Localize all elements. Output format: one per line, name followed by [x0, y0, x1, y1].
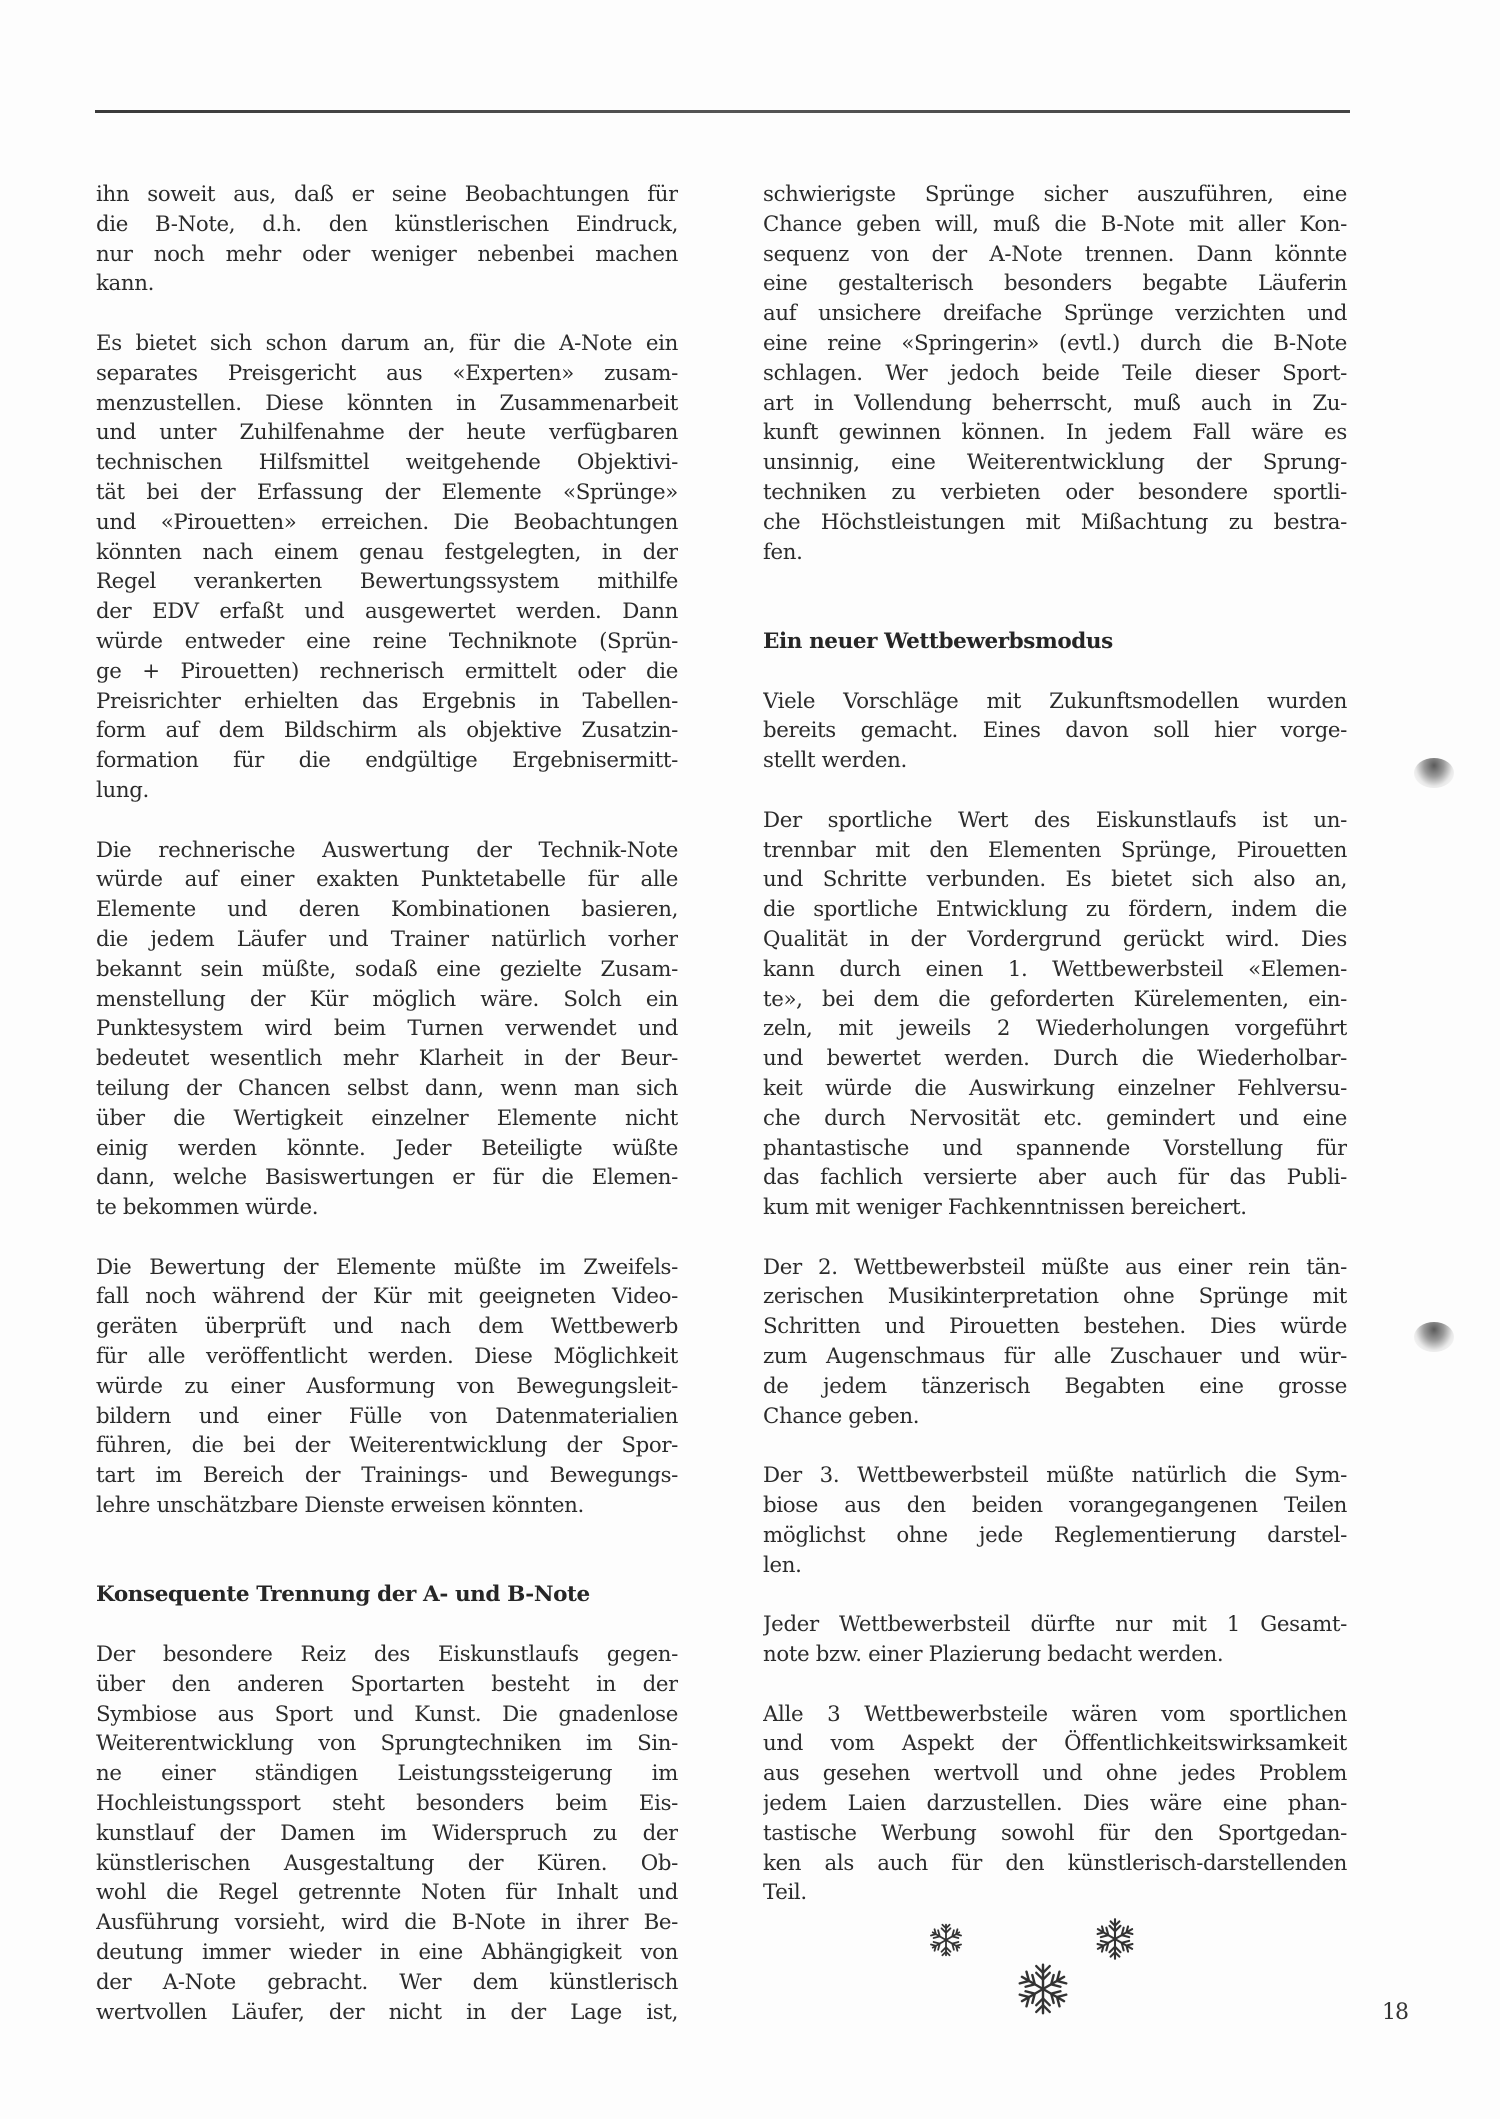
paragraph: ihn soweit aus, daß er seine Beobachtung… [96, 180, 678, 299]
text-line: fen. [763, 538, 1347, 568]
header-rule [95, 110, 1350, 113]
spacer [763, 1431, 1347, 1461]
spacer [96, 299, 678, 329]
text-line: kum mit weniger Fachkenntnissen bereiche… [763, 1193, 1347, 1223]
text-line: künstlerischen Ausgestaltung der Küren. … [96, 1849, 678, 1879]
spacer [96, 1610, 678, 1640]
punch-hole-bottom [1414, 1322, 1454, 1352]
text-line: einig werden könnte. Jeder Beteiligte wü… [96, 1134, 678, 1164]
section-heading: Konsequente Trennung der A- und B-Note [96, 1580, 678, 1610]
text-line: aus gesehen wertvoll und ohne jedes Prob… [763, 1759, 1347, 1789]
snowflake-medium-icon [1093, 1913, 1137, 1965]
text-line: de jedem tänzerisch Begabten eine grosse [763, 1372, 1347, 1402]
text-line: deutung immer wieder in eine Abhängigkei… [96, 1938, 678, 1968]
text-line: art in Vollendung beherrscht, muß auch i… [763, 389, 1347, 419]
spacer [763, 597, 1347, 627]
text-line: stellt werden. [763, 746, 1347, 776]
text-line: form auf dem Bildschirm als objektive Zu… [96, 716, 678, 746]
text-line: das fachlich versierte aber auch für das… [763, 1163, 1347, 1193]
text-line: würde entweder eine reine Techniknote (S… [96, 627, 678, 657]
text-line: kann durch einen 1. Wettbewerbsteil «Ele… [763, 955, 1347, 985]
section-heading: Ein neuer Wettbewerbsmodus [763, 627, 1347, 657]
text-line: bedeutet wesentlich mehr Klarheit in der… [96, 1044, 678, 1074]
text-line: schwierigste Sprünge sicher auszuführen,… [763, 180, 1347, 210]
text-line: Teil. [763, 1878, 1347, 1908]
text-line: Schritten und Pirouetten bestehen. Dies … [763, 1312, 1347, 1342]
spacer [96, 1551, 678, 1581]
text-line: über die Wertigkeit einzelner Elemente n… [96, 1104, 678, 1134]
text-line: die B-Note, d.h. den künstlerischen Eind… [96, 210, 678, 240]
text-line: Der besondere Reiz des Eiskunstlaufs geg… [96, 1640, 678, 1670]
punch-hole-top [1414, 758, 1454, 788]
spacer [96, 806, 678, 836]
text-line: Elemente und deren Kombinationen basiere… [96, 895, 678, 925]
text-line: führen, die bei der Weiterentwicklung de… [96, 1431, 678, 1461]
spacer [96, 1223, 678, 1253]
text-line: tastische Werbung sowohl für den Sportge… [763, 1819, 1347, 1849]
text-line: teilung der Chancen selbst dann, wenn ma… [96, 1074, 678, 1104]
page-number: 18 [1382, 2000, 1408, 2025]
paragraph: Der sportliche Wert des Eiskunstlaufs is… [763, 806, 1347, 1223]
text-line: schlagen. Wer jedoch beide Teile dieser … [763, 359, 1347, 389]
text-line: kunft gewinnen können. In jedem Fall wär… [763, 418, 1347, 448]
spacer [763, 1580, 1347, 1610]
text-line: separates Preisgericht aus «Experten» zu… [96, 359, 678, 389]
text-line: Jeder Wettbewerbsteil dürfte nur mit 1 G… [763, 1610, 1347, 1640]
text-line: bekannt sein müßte, sodaß eine gezielte … [96, 955, 678, 985]
paragraph: Alle 3 Wettbewerbsteile wären vom sportl… [763, 1700, 1347, 1909]
paragraph: Viele Vorschläge mit Zukunftsmodellen wu… [763, 687, 1347, 776]
text-line: kann. [96, 269, 678, 299]
paragraph: Die rechnerische Auswertung der Technik-… [96, 836, 678, 1223]
text-line: ge + Pirouetten) rechnerisch ermittelt o… [96, 657, 678, 687]
text-line: zeln, mit jeweils 2 Wiederholungen vorge… [763, 1014, 1347, 1044]
text-line: note bzw. einer Plazierung bedacht werde… [763, 1640, 1347, 1670]
text-line: geräten überprüft und nach dem Wettbewer… [96, 1312, 678, 1342]
text-line: Der 3. Wettbewerbsteil müßte natürlich d… [763, 1461, 1347, 1491]
text-line: che durch Nervosität etc. gemindert und … [763, 1104, 1347, 1134]
text-line: ne einer ständigen Leistungssteigerung i… [96, 1759, 678, 1789]
text-line: Symbiose aus Sport und Kunst. Die gnaden… [96, 1700, 678, 1730]
text-line: keit würde die Auswirkung einzelner Fehl… [763, 1074, 1347, 1104]
snowflake-small-icon [928, 1920, 964, 1960]
text-line: kunstlauf der Damen im Widerspruch zu de… [96, 1819, 678, 1849]
text-line: und «Pirouetten» erreichen. Die Beobacht… [96, 508, 678, 538]
text-line: die sportliche Entwicklung zu fördern, i… [763, 895, 1347, 925]
text-line: technischen Hilfsmittel weitgehende Obje… [96, 448, 678, 478]
text-line: für alle veröffentlicht werden. Diese Mö… [96, 1342, 678, 1372]
text-line: der EDV erfaßt und ausgewertet werden. D… [96, 597, 678, 627]
text-line: würde auf einer exakten Punktetabelle fü… [96, 865, 678, 895]
text-line: unsinnig, eine Weiterentwicklung der Spr… [763, 448, 1347, 478]
text-line: Alle 3 Wettbewerbsteile wären vom sportl… [763, 1700, 1347, 1730]
text-line: wertvollen Läufer, der nicht in der Lage… [96, 1998, 678, 2028]
spacer [763, 1223, 1347, 1253]
text-line: Ausführung vorsieht, wird die B-Note in … [96, 1908, 678, 1938]
text-line: Chance geben will, muß die B-Note mit al… [763, 210, 1347, 240]
paragraph: Es bietet sich schon darum an, für die A… [96, 329, 678, 806]
spacer [763, 1670, 1347, 1700]
text-line: und bewertet werden. Durch die Wiederhol… [763, 1044, 1347, 1074]
text-line: lung. [96, 776, 678, 806]
paragraph: schwierigste Sprünge sicher auszuführen,… [763, 180, 1347, 567]
spacer [96, 1521, 678, 1551]
text-line: te», bei dem die geforderten Kürelemente… [763, 985, 1347, 1015]
left-column: ihn soweit aus, daß er seine Beobachtung… [96, 180, 678, 2027]
paragraph: Der besondere Reiz des Eiskunstlaufs geg… [96, 1640, 678, 2027]
text-line: könnten nach einem genau festgelegten, i… [96, 538, 678, 568]
text-line: Die rechnerische Auswertung der Technik-… [96, 836, 678, 866]
spacer [763, 657, 1347, 687]
paragraph: Die Bewertung der Elemente müßte im Zwei… [96, 1253, 678, 1521]
text-line: Chance geben. [763, 1402, 1347, 1432]
text-line: wohl die Regel getrennte Noten für Inhal… [96, 1878, 678, 1908]
text-line: nur noch mehr oder weniger nebenbei mach… [96, 240, 678, 270]
text-line: bildern und einer Fülle von Datenmateria… [96, 1402, 678, 1432]
paragraph: Jeder Wettbewerbsteil dürfte nur mit 1 G… [763, 1610, 1347, 1670]
text-line: Viele Vorschläge mit Zukunftsmodellen wu… [763, 687, 1347, 717]
text-line: tät bei der Erfassung der Elemente «Sprü… [96, 478, 678, 508]
text-line: menzustellen. Diese könnten in Zusammena… [96, 389, 678, 419]
text-line: Qualität in der Vordergrund gerückt wird… [763, 925, 1347, 955]
text-line: die jedem Läufer und Trainer natürlich v… [96, 925, 678, 955]
text-line: sequenz von der A-Note trennen. Dann kön… [763, 240, 1347, 270]
spacer [763, 776, 1347, 806]
text-line: phantastische und spannende Vorstellung … [763, 1134, 1347, 1164]
text-line: dann, welche Basiswertungen er für die E… [96, 1163, 678, 1193]
text-line: techniken zu verbieten oder besondere sp… [763, 478, 1347, 508]
text-line: Der 2. Wettbewerbsteil müßte aus einer r… [763, 1253, 1347, 1283]
text-line: Der sportliche Wert des Eiskunstlaufs is… [763, 806, 1347, 836]
text-line: ken als auch für den künstlerisch-darste… [763, 1849, 1347, 1879]
text-line: Hochleistungssport steht besonders beim … [96, 1789, 678, 1819]
text-line: würde zu einer Ausformung von Bewegungsl… [96, 1372, 678, 1402]
text-line: auf unsichere dreifache Sprünge verzicht… [763, 299, 1347, 329]
text-line: Regel verankerten Bewertungssystem mithi… [96, 567, 678, 597]
text-line: und Schritte verbunden. Es bietet sich a… [763, 865, 1347, 895]
text-line: menstellung der Kür möglich wäre. Solch … [96, 985, 678, 1015]
spacer [763, 567, 1347, 597]
text-line: Preisrichter erhielten das Ergebnis in T… [96, 687, 678, 717]
text-line: tart im Bereich der Trainings- und Beweg… [96, 1461, 678, 1491]
text-line: trennbar mit den Elementen Sprünge, Piro… [763, 836, 1347, 866]
paragraph: Der 3. Wettbewerbsteil müßte natürlich d… [763, 1461, 1347, 1580]
text-line: und vom Aspekt der Öffentlichkeitswirksa… [763, 1729, 1347, 1759]
text-line: über den anderen Sportarten besteht in d… [96, 1670, 678, 1700]
right-column: schwierigste Sprünge sicher auszuführen,… [763, 180, 1347, 1908]
text-line: eine reine «Springerin» (evtl.) durch di… [763, 329, 1347, 359]
text-line: te bekommen würde. [96, 1193, 678, 1223]
text-line: lehre unschätzbare Dienste erweisen könn… [96, 1491, 678, 1521]
text-line: Es bietet sich schon darum an, für die A… [96, 329, 678, 359]
text-line: der A-Note gebracht. Wer dem künstlerisc… [96, 1968, 678, 1998]
text-line: Die Bewertung der Elemente müßte im Zwei… [96, 1253, 678, 1283]
text-line: biose aus den beiden vorangegangenen Tei… [763, 1491, 1347, 1521]
text-line: Weiterentwicklung von Sprungtechniken im… [96, 1729, 678, 1759]
paragraph: Der 2. Wettbewerbsteil müßte aus einer r… [763, 1253, 1347, 1432]
text-line: zerischen Musikinterpretation ohne Sprün… [763, 1282, 1347, 1312]
text-line: und unter Zuhilfenahme der heute verfügb… [96, 418, 678, 448]
text-line: len. [763, 1551, 1347, 1581]
text-line: che Höchstleistungen mit Mißachtung zu b… [763, 508, 1347, 538]
text-line: fall noch während der Kür mit geeigneten… [96, 1282, 678, 1312]
text-line: ihn soweit aus, daß er seine Beobachtung… [96, 180, 678, 210]
text-line: formation für die endgültige Ergebniserm… [96, 746, 678, 776]
text-line: eine gestalterisch besonders begabte Läu… [763, 269, 1347, 299]
text-line: bereits gemacht. Eines davon soll hier v… [763, 716, 1347, 746]
text-line: zum Augenschmaus für alle Zuschauer und … [763, 1342, 1347, 1372]
text-line: möglichst ohne jede Reglementierung dars… [763, 1521, 1347, 1551]
text-line: Punktesystem wird beim Turnen verwendet … [96, 1014, 678, 1044]
text-line: jedem Laien darzustellen. Dies wäre eine… [763, 1789, 1347, 1819]
snowflake-large-icon [1016, 1958, 1070, 2020]
